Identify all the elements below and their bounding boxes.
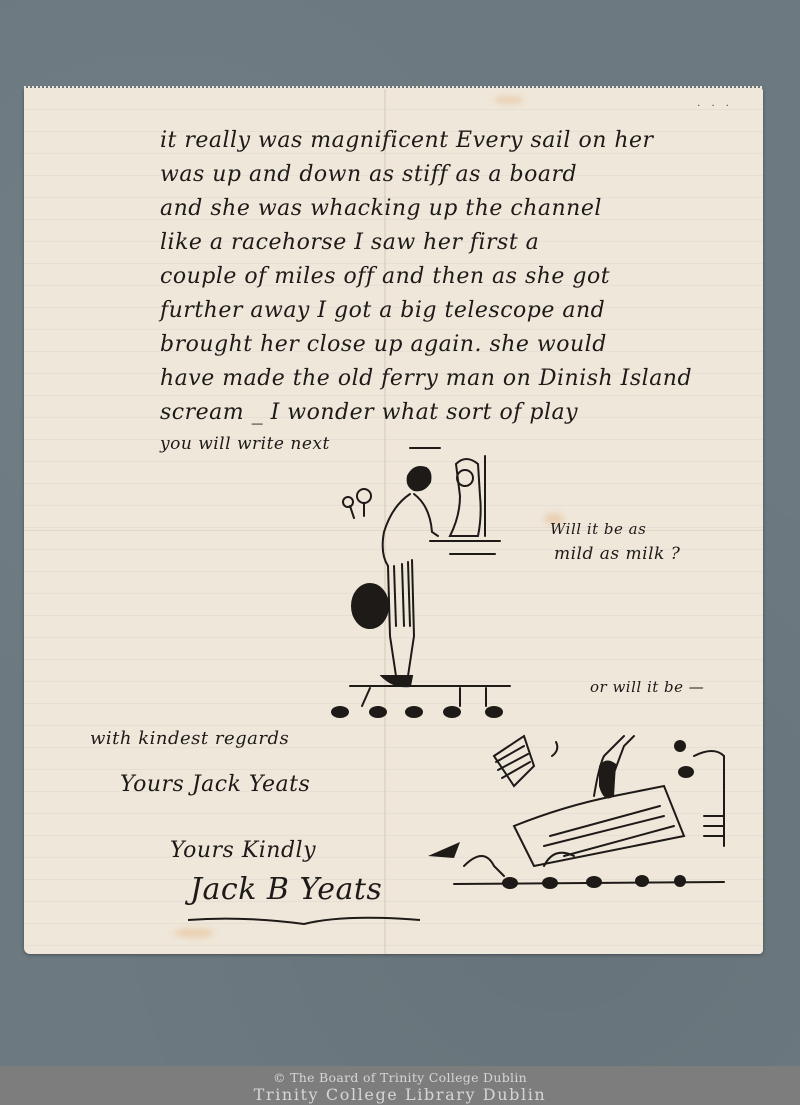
closing-yours-kindly: Yours Kindly <box>170 838 316 863</box>
letter-line: further away I got a big telescope and <box>160 298 605 323</box>
man-at-window-sketch-icon <box>310 436 550 726</box>
copyright-footer: © The Board of Trinity College Dublin Tr… <box>0 1066 800 1105</box>
letter-line: couple of miles off and then as she got <box>160 264 610 289</box>
signature-underline-icon <box>184 910 424 930</box>
letter-line: and she was whacking up the channel <box>160 196 602 221</box>
letter-line: it really was magnificent Every sail on … <box>160 128 654 153</box>
stage-scene-sketch-icon <box>424 716 744 906</box>
letter-line: you will write next <box>160 434 330 454</box>
caption-mild-as-milk-2: mild as milk ? <box>554 544 680 564</box>
paper-marks: · · · <box>697 101 733 112</box>
footer-library: Trinity College Library Dublin <box>0 1086 800 1104</box>
letter-page: · · · it really was magnificent Every sa… <box>24 88 763 954</box>
letter-line: brought her close up again. she would <box>160 332 607 357</box>
footer-copyright: © The Board of Trinity College Dublin <box>0 1066 800 1086</box>
closing-regards: with kindest regards <box>90 728 289 749</box>
caption-or-will-it-be: or will it be — <box>590 678 704 696</box>
closing-signature-1: Yours Jack Yeats <box>120 772 310 797</box>
paper-stain <box>494 96 524 104</box>
letter-line: like a racehorse I saw her first a <box>160 230 539 255</box>
caption-mild-as-milk: Will it be as <box>550 520 646 538</box>
signature-jack-b-yeats: Jack B Yeats <box>190 872 382 907</box>
letter-line: have made the old ferry man on Dinish Is… <box>160 366 692 391</box>
letter-line: was up and down as stiff as a board <box>160 162 577 187</box>
letter-line: scream _ I wonder what sort of play <box>160 400 578 425</box>
